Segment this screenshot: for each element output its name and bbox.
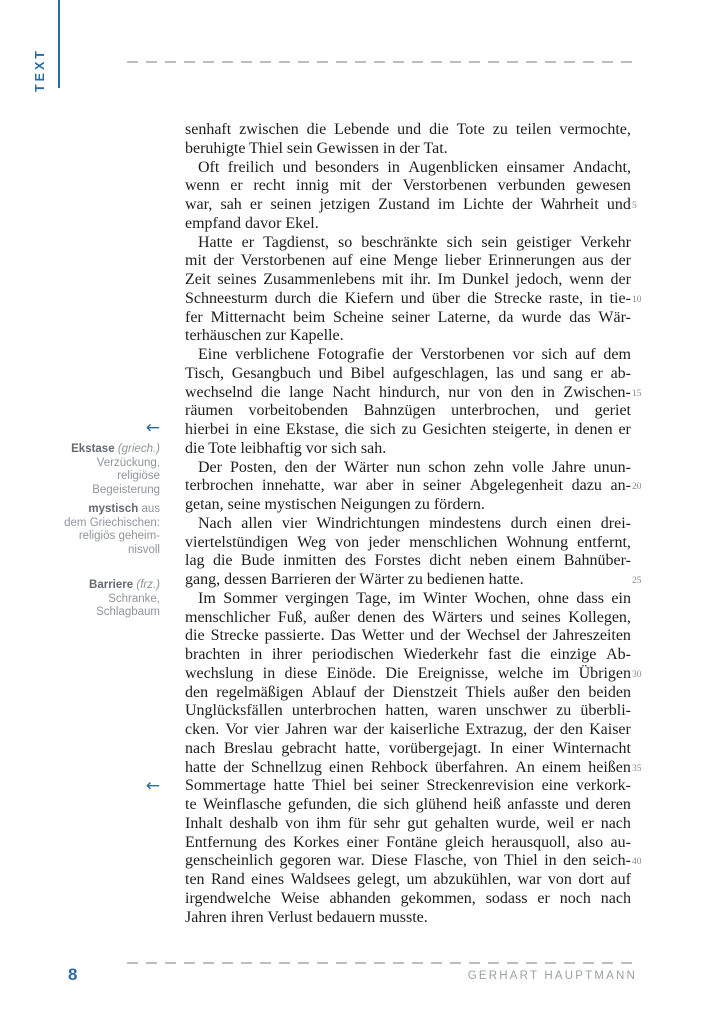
line-number: 10: [632, 291, 656, 310]
text-line: Jahren ihren Verlust bedauern musste.: [185, 909, 631, 928]
text-line: Tisch,GesangbuchundBibelaufgeschlagen,la…: [185, 365, 631, 384]
text-line: denregelmäßigenAblaufderDienstzeitThiels…: [185, 684, 631, 703]
text-line: empfand davor Ekel.: [185, 215, 631, 234]
text-line: EineverblicheneFotografiederVerstorbenen…: [185, 346, 631, 365]
text-line: teWeinflaschegefunden,diesichglühendheiß…: [185, 796, 631, 815]
footer-divider: [127, 962, 637, 964]
text-line: SommertagehatteThielbeiseinerStreckenrev…: [185, 777, 631, 796]
body-text: senhaftzwischendieLebendeunddieTotezutei…: [185, 121, 631, 927]
text-line: nachBreslaugebrachthatte,vorübergejagt.I…: [185, 740, 631, 759]
text-line: getan, seine mystischen Neigungen zu för…: [185, 496, 631, 515]
text-line: Inhaltdeshalbvonihmfürsehrgutgehaltenwur…: [185, 815, 631, 834]
margin-note: Ekstase (griech.) Verzückung, religiöse …: [35, 443, 160, 498]
text-line: brachteninihrerperiodischenWiederkehrfas…: [185, 646, 631, 665]
text-line: genscheinlichgegorenwar.DieseFlasche,von…: [185, 852, 631, 871]
text-line: räumenvorbeitobendenBahnzügenunterbroche…: [185, 402, 631, 421]
text-line: terhäuschen zur Kapelle.: [185, 327, 631, 346]
margin-column: ← ← Ekstase (griech.) Verzückung, religi…: [35, 0, 160, 1020]
glossary-definition: Verzückung, religiöse Begeisterung: [92, 457, 160, 496]
text-line: beruhigte Thiel sein Gewissen in der Tat…: [185, 140, 631, 159]
text-line: wechslungindieseEinöde.DieEreignisse,wel…: [185, 665, 631, 684]
text-line: lagdieBudeinmittendesForstesdichtnebenei…: [185, 552, 631, 571]
text-line: irgendwelcheWeiseabhandengekommen,sodass…: [185, 890, 631, 909]
line-number: 15: [632, 385, 656, 404]
text-line: tenRandeinesWaldseesgelegt,umabzukühlen,…: [185, 871, 631, 890]
line-number: 40: [632, 853, 656, 872]
author-label: GERHART HAUPTMANN: [468, 970, 637, 982]
text-line: mitderVerstorbenenaufeineMengelieberErin…: [185, 252, 631, 271]
text-line: wechselnddielangeNachthindurch,nurvonden…: [185, 384, 631, 403]
line-number: 25: [632, 572, 656, 591]
text-line: hierbeiineineEkstase,diesichzuGesichtens…: [185, 421, 631, 440]
text-line: OftfreilichundbesondersinAugenblickenein…: [185, 159, 631, 178]
text-line: NachallenvierWindrichtungenmindestensdur…: [185, 515, 631, 534]
text-line: war,saherseinenjetzigenZustandimLichtede…: [185, 196, 631, 215]
glossary-term: mystisch: [88, 503, 138, 515]
glossary-language: (frz.): [136, 579, 160, 591]
text-line: senhaftzwischendieLebendeunddieTotezutei…: [185, 121, 631, 140]
glossary-term: Barriere: [89, 579, 133, 591]
glossary-definition: Schranke, Schlagbaum: [96, 593, 160, 619]
text-line: DerPosten,denderWärternunschonzehnvolleJ…: [185, 459, 631, 478]
text-line: hattederSchnellzugeinenRehbocküberfahren…: [185, 759, 631, 778]
text-line: cken.VorvierJahrenwarderkaiserlicheExtra…: [185, 721, 631, 740]
line-number: 5: [632, 197, 656, 216]
text-line: HatteerTagdienst,sobeschränktesichseinge…: [185, 234, 631, 253]
text-line: ImSommervergingenTage,imWinterWochen,ohn…: [185, 590, 631, 609]
text-line: dieStreckepassierte.DasWetterundderWechs…: [185, 627, 631, 646]
glossary-language: (griech.): [118, 443, 160, 455]
book-page: TEXT ← ← Ekstase (griech.) Verzückung, r…: [0, 0, 720, 1020]
text-line: ZeitseinesZusammenlebensmitihr.ImDunkelj…: [185, 271, 631, 290]
text-line: viertelstündigenWegvonjedermenschlichenW…: [185, 534, 631, 553]
left-arrow-icon: ←: [35, 420, 160, 437]
top-divider: [127, 61, 637, 63]
text-line: SchneesturmdurchdieKiefernundüberdieStre…: [185, 290, 631, 309]
line-number: 20: [632, 478, 656, 497]
text-line: Unglücksfällenunterbrochenhatten,warenun…: [185, 702, 631, 721]
left-arrow-icon: ←: [35, 778, 160, 795]
line-number: 35: [632, 760, 656, 779]
text-line: terbrocheninnehatte,waraberinseinerAbgel…: [185, 477, 631, 496]
text-line: gang, dessen Barrieren der Wärter zu bed…: [185, 571, 631, 590]
text-line: EntfernungdesKorkeseinerFontänegleichher…: [185, 834, 631, 853]
text-line: wennerrechtinnigmitderVerstorbenenverbun…: [185, 177, 631, 196]
text-line: die Tote leibhaftig vor sich sah.: [185, 440, 631, 459]
glossary-term: Ekstase: [71, 443, 114, 455]
text-line: menschlicherFuß,außerdenendesWärtersunds…: [185, 609, 631, 628]
margin-note: Barriere (frz.) Schranke, Schlagbaum: [35, 579, 160, 620]
margin-note: mystisch aus dem Griechischen: religiös …: [35, 503, 160, 558]
text-line: ferMitternachtbeimScheineseinerLaterne,d…: [185, 309, 631, 328]
page-number: 8: [68, 965, 77, 985]
line-number: 30: [632, 666, 656, 685]
